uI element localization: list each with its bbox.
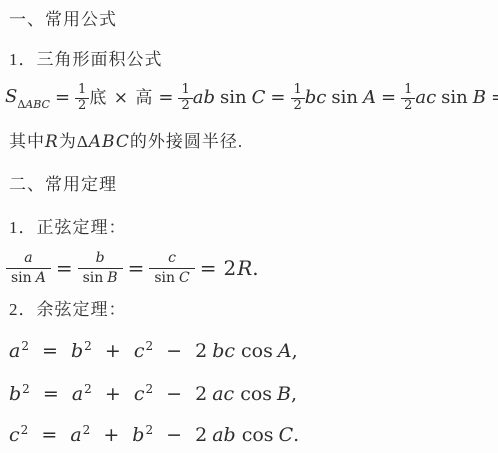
math-var-a: a <box>70 424 81 446</box>
denominator: 2 <box>401 99 415 114</box>
exponent-2: 2 <box>145 423 153 437</box>
coefficient-2: 2 <box>195 424 207 446</box>
math-var-C: C <box>179 270 190 286</box>
circumradius-note: 其中R为ΔABC的外接圆半径. <box>9 132 243 152</box>
exponent-2: 2 <box>83 423 91 437</box>
coefficient-2: 2 <box>224 256 237 280</box>
cosine-rule-1: a2 = b2 + c2 − 2bccosA, <box>9 339 298 365</box>
sin-function: sin <box>441 87 468 108</box>
exponent-2: 2 <box>84 339 92 353</box>
cos-function: cos <box>240 383 272 405</box>
minus-sign: − <box>166 340 182 362</box>
sin-function: sin <box>220 87 247 108</box>
numerator: a <box>6 250 51 268</box>
term-ac-sin-B: acsinB <box>415 81 486 115</box>
sin-function: sin <box>154 270 175 286</box>
equals-sign: = <box>41 424 57 446</box>
minus-sign: − <box>166 383 182 405</box>
math-var-R: R <box>45 132 59 152</box>
subscript-delta-abc: ΔABC <box>17 98 50 111</box>
math-vars-bc: bc <box>212 340 235 362</box>
sine-rule-formula: asinA = bsinB = csinC = 2R. <box>8 248 259 288</box>
section2-item2-title: 2．余弦定理： <box>9 300 127 320</box>
section1-heading: 一、常用公式 <box>9 10 117 30</box>
numerator: 1 <box>291 83 305 99</box>
exponent-2: 2 <box>145 339 153 353</box>
equals-sign: = <box>43 383 59 405</box>
math-vars-ab: ab <box>193 87 215 108</box>
math-vars-ac: ac <box>212 383 234 405</box>
note-text-3: 的外接圆半径. <box>130 132 243 151</box>
equals-sign: = <box>381 81 396 115</box>
term-ab-sin-C: absinC <box>193 81 266 115</box>
sin-function: sin <box>11 270 32 286</box>
equals-sign: = <box>55 81 70 115</box>
coefficient-2: 2 <box>195 340 207 362</box>
exponent-2: 2 <box>84 382 92 396</box>
exponent-2: 2 <box>22 382 30 396</box>
denominator: sinA <box>8 269 49 286</box>
math-var-b: b <box>9 383 21 405</box>
math-var-B: B <box>277 383 291 405</box>
note-text-1: 其中 <box>9 132 45 151</box>
numerator: 1 <box>401 83 415 99</box>
subscript-abc: ABC <box>25 98 50 111</box>
equals-sign: = <box>491 81 498 115</box>
math-vars-ab: ab <box>212 424 236 446</box>
math-var-C: C <box>252 87 266 108</box>
denominator: 2 <box>75 99 89 114</box>
section1-item1-title: 1．三角形面积公式 <box>9 50 163 70</box>
base-times-height-text: 底 × 高 <box>89 81 153 115</box>
term-2R: 2R. <box>224 248 259 288</box>
equals-sign: = <box>200 248 217 288</box>
denominator: 2 <box>291 99 305 114</box>
sin-function: sin <box>83 270 104 286</box>
math-var-b: b <box>71 340 83 362</box>
math-var-a: a <box>72 383 83 405</box>
equals-sign: = <box>56 248 73 288</box>
numerator: 1 <box>75 83 89 99</box>
period-punctuation: . <box>252 256 258 280</box>
fraction-b-over-sinB: bsinB <box>80 250 121 285</box>
equals-sign: = <box>270 81 285 115</box>
fraction-one-half: 12 <box>291 83 305 114</box>
math-var-A: A <box>278 340 292 362</box>
fraction-one-half: 12 <box>178 83 192 114</box>
section2-item1-title: 1．正弦定理： <box>9 218 127 238</box>
fraction-a-over-sinA: asinA <box>8 250 49 285</box>
exponent-2: 2 <box>21 339 29 353</box>
numerator: c <box>149 250 194 268</box>
equals-sign: = <box>158 81 173 115</box>
math-var-B: B <box>107 270 117 286</box>
math-var-c: c <box>9 424 20 446</box>
comma-punctuation: , <box>292 340 298 362</box>
minus-sign: − <box>166 424 182 446</box>
cosine-rule-3: c2 = a2 + b2 − 2abcosC. <box>9 423 299 449</box>
math-var-C: C <box>279 424 294 446</box>
section2-heading: 二、常用定理 <box>9 175 117 195</box>
term-bc-sin-A: bcsinA <box>305 81 376 115</box>
period-punctuation: . <box>293 424 299 446</box>
numerator: b <box>78 250 123 268</box>
math-vars-ac: ac <box>415 87 436 108</box>
delta-symbol: Δ <box>77 132 89 151</box>
plus-sign: + <box>103 424 119 446</box>
math-var-R: R <box>237 256 252 280</box>
cosine-rule-2: b2 = a2 + c2 − 2accosB, <box>9 382 297 408</box>
exponent-2: 2 <box>21 423 29 437</box>
math-var-a: a <box>9 340 20 362</box>
exponent-2: 2 <box>145 382 153 396</box>
math-var-c: c <box>134 383 145 405</box>
fraction-one-half: 12 <box>401 83 415 114</box>
math-var-b: b <box>132 424 144 446</box>
math-var-A: A <box>36 270 46 286</box>
fraction-c-over-sinC: csinC <box>151 250 192 285</box>
math-vars-bc: bc <box>305 87 327 108</box>
cos-function: cos <box>242 424 274 446</box>
plus-sign: + <box>105 383 121 405</box>
formula-sheet-page: 一、常用公式 1．三角形面积公式 SΔABC = 12 底 × 高 = 12 a… <box>0 0 498 453</box>
cos-function: cos <box>241 340 273 362</box>
triangle-area-formula: SΔABC = 12 底 × 高 = 12 absinC = 12 bcsinA… <box>5 81 498 115</box>
coefficient-2: 2 <box>195 383 207 405</box>
equals-sign: = <box>42 340 58 362</box>
note-text-2: 为 <box>59 132 77 151</box>
math-vars-ABC: ABC <box>89 132 130 152</box>
math-var-B: B <box>473 87 486 108</box>
comma-punctuation: , <box>291 383 297 405</box>
sin-function: sin <box>331 87 358 108</box>
denominator: sinB <box>80 269 121 286</box>
denominator: 2 <box>178 99 192 114</box>
math-var-S-with-subscript: SΔABC <box>5 80 50 116</box>
denominator: sinC <box>151 269 192 286</box>
math-var-A: A <box>363 87 376 108</box>
equals-sign: = <box>128 248 145 288</box>
fraction-one-half: 12 <box>75 83 89 114</box>
plus-sign: + <box>105 340 121 362</box>
math-var-S: S <box>5 86 17 107</box>
numerator: 1 <box>178 83 192 99</box>
math-var-c: c <box>134 340 145 362</box>
